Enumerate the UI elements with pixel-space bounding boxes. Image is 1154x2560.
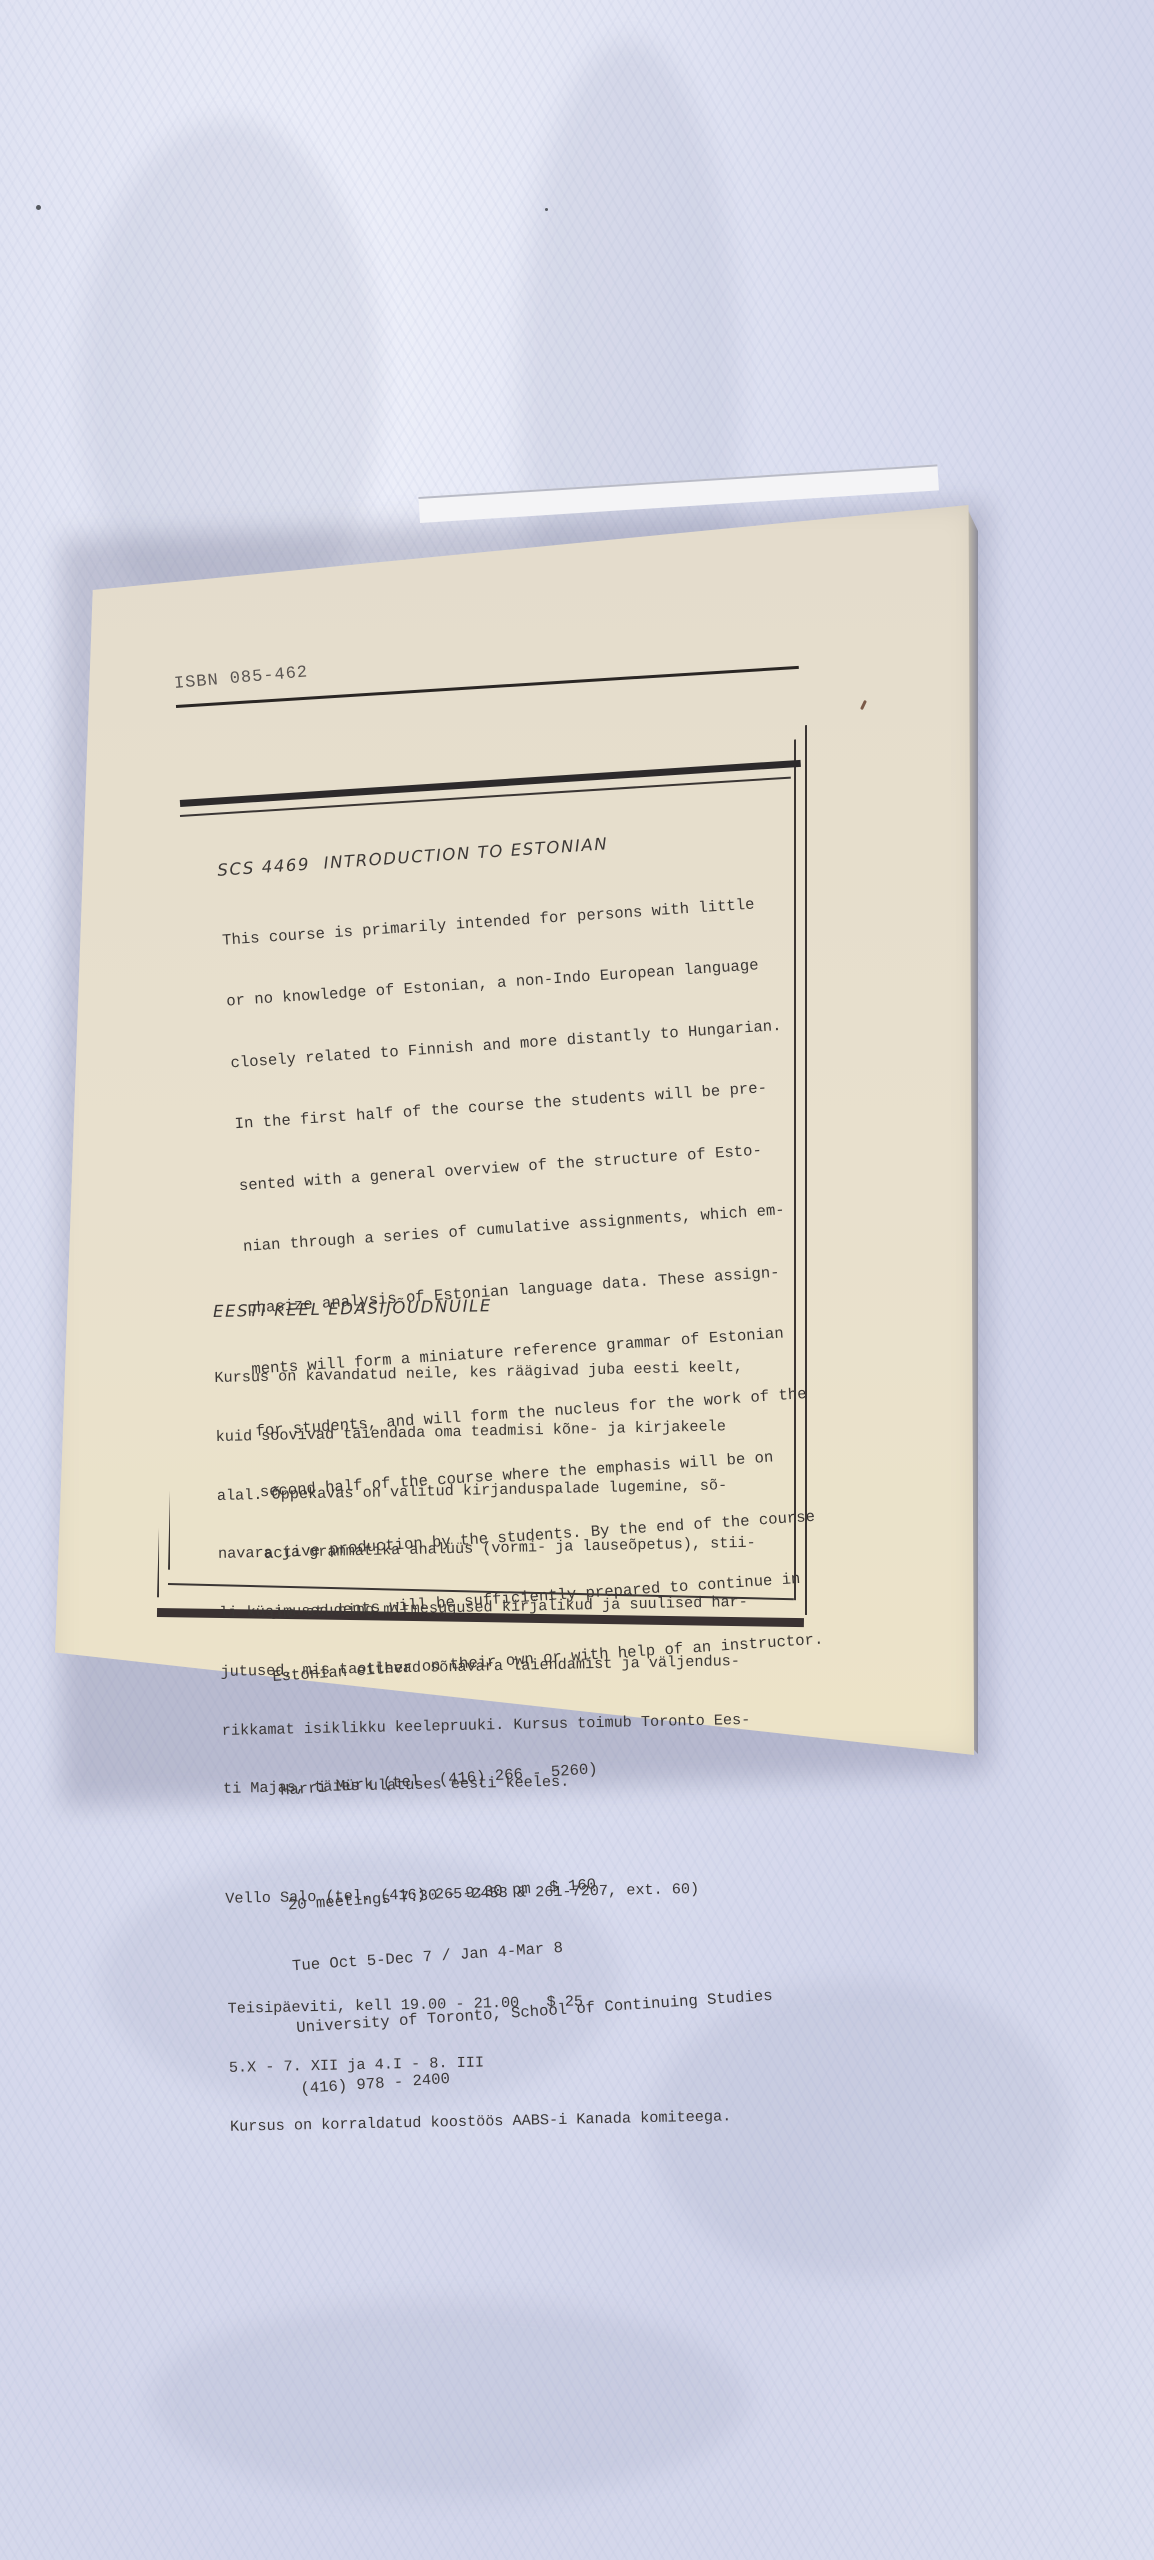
course-et-schedule: 5.X - 7. XII ja 4.I - 8. III (229, 2048, 767, 2079)
course-et-schedule: Teisipäeviti, kell 19.00 - 21.00 $ 25 (227, 1989, 765, 2020)
sheet-fold (150, 2300, 750, 2500)
course-et-heading: EESTI KEEL EDASIJÕUDNUILE (213, 1291, 751, 1322)
course-et-line: li küsimused ning mitmesugused kirjaliku… (219, 1593, 757, 1624)
course-et-schedule: Kursus on korraldatud koostöös AABS-i Ka… (230, 2106, 768, 2137)
course-et-instructor: Vello Salo (tel. (416) 265-2458 & 261-72… (225, 1879, 763, 1910)
course-et-line: ti Majas, täies ulatuses eesti keeles. (223, 1769, 761, 1800)
course-en-heading: SCS 4469 INTRODUCTION TO ESTONIAN (217, 823, 769, 881)
course-en-line: closely related to Finnish and more dist… (230, 1015, 782, 1073)
course-et-line: alal. Õppekavas on valitud kirjanduspala… (217, 1475, 755, 1506)
sheet-speck (36, 205, 41, 210)
sheet-speck (545, 208, 548, 211)
course-en-line: sented with a general overview of the st… (238, 1138, 790, 1196)
course-en-line: In the first half of the course the stud… (234, 1077, 786, 1135)
course-en-line: This course is primarily intended for pe… (222, 893, 774, 951)
course-et-line: navara ja grammatika analüüs (vormi- ja … (218, 1534, 756, 1565)
course-et-line: Kursus on kavandatud neile, kes räägivad… (214, 1358, 752, 1389)
course-et-line: kuid soovivad täiendada oma teadmisi kõn… (215, 1416, 753, 1447)
course-et-line: rikkamat isiklikku keelepruuki. Kursus t… (222, 1710, 760, 1741)
course-et-section: EESTI KEEL EDASIJÕUDNUILE Kursus on kava… (212, 1252, 769, 2177)
course-et-line: jutused, mis taotlevad sõnavara laiendam… (220, 1652, 758, 1683)
course-en-line: or no knowledge of Estonian, a non-Indo … (226, 954, 778, 1012)
course-en-line: nian through a series of cumulative assi… (242, 1199, 794, 1257)
